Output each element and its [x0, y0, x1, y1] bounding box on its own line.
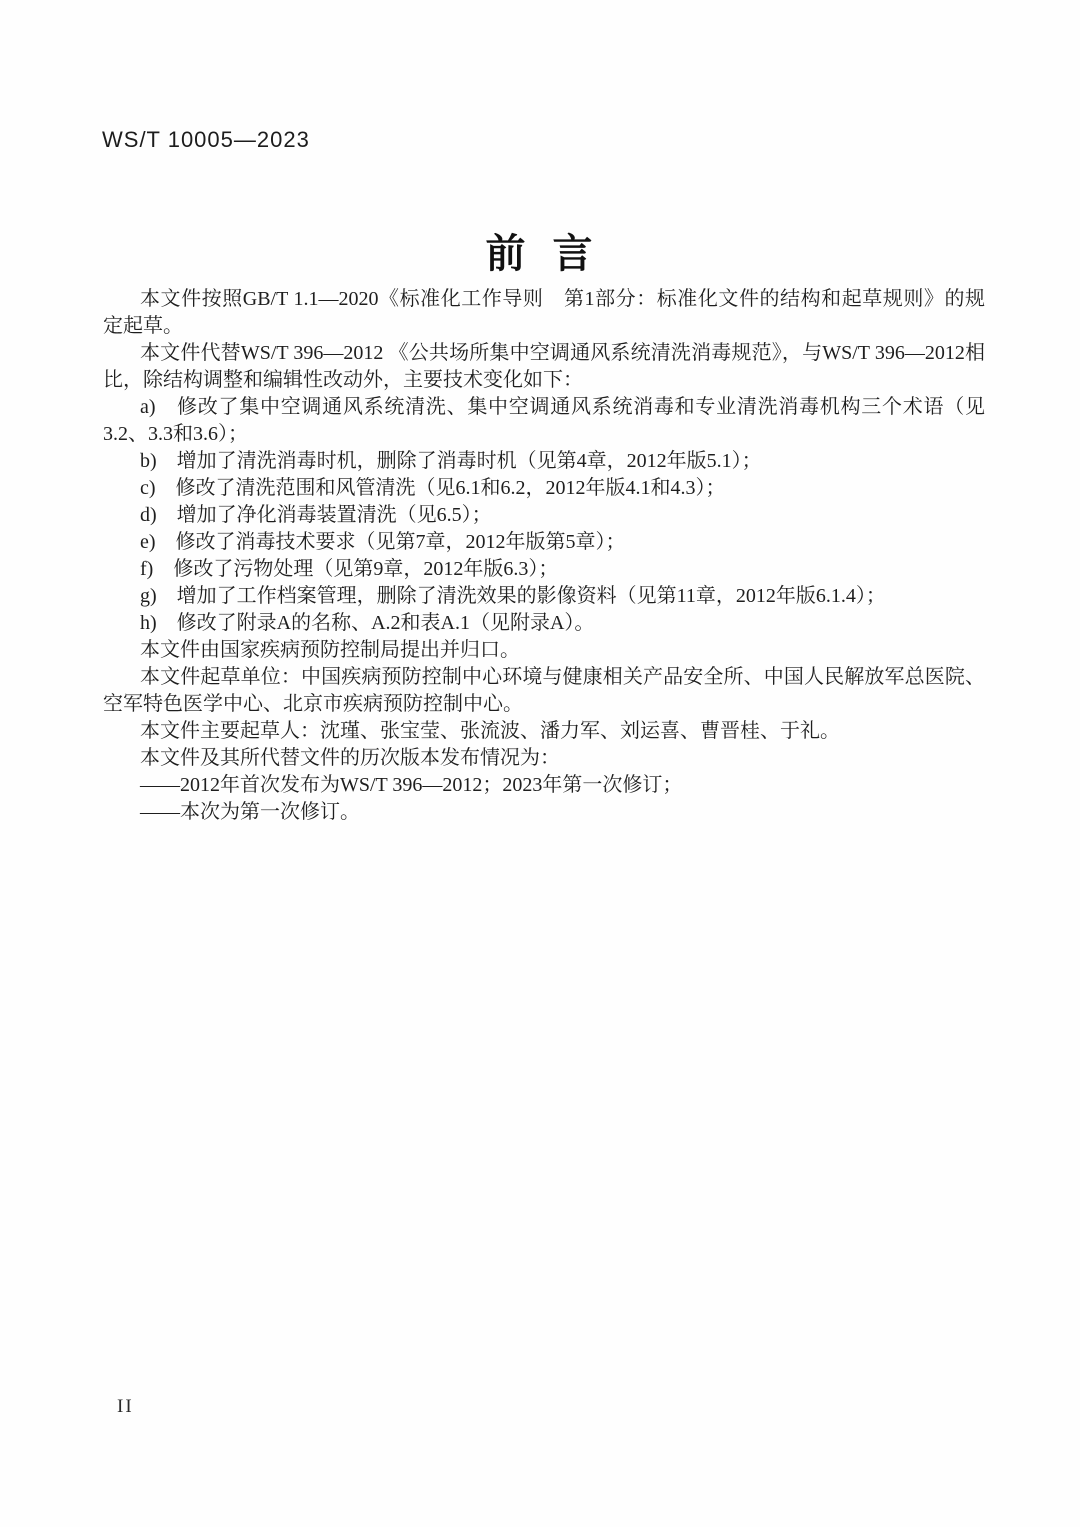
foreword-change-item-e: e) 修改了消毒技术要求（见第7章，2012年版第5章）； — [103, 529, 985, 556]
standard-code: WS/T 10005—2023 — [102, 127, 310, 153]
foreword-change-item-g: g) 增加了工作档案管理，删除了清洗效果的影像资料（见第11章，2012年版6.… — [103, 583, 985, 610]
foreword-change-item-f: f) 修改了污物处理（见第9章，2012年版6.3）； — [103, 556, 985, 583]
foreword-paragraph-drafters: 本文件主要起草人：沈瑾、张宝莹、张流波、潘力军、刘运喜、曹晋桂、于礼。 — [103, 718, 985, 745]
foreword-paragraph-issuer: 本文件由国家疾病预防控制局提出并归口。 — [103, 637, 985, 664]
foreword-history-item-1: ——2012年首次发布为WS/T 396—2012；2023年第一次修订； — [103, 772, 985, 799]
document-page: WS/T 10005—2023 前 言 本文件按照GB/T 1.1—2020《标… — [0, 0, 1080, 1527]
foreword-paragraph-intro: 本文件按照GB/T 1.1—2020《标准化工作导则 第1部分：标准化文件的结构… — [103, 286, 985, 340]
foreword-history-item-2: ——本次为第一次修订。 — [103, 799, 985, 826]
foreword-paragraph-replaces: 本文件代替WS/T 396—2012 《公共场所集中空调通风系统清洗消毒规范》，… — [103, 340, 985, 394]
page-number: II — [117, 1396, 134, 1418]
foreword-paragraph-history-intro: 本文件及其所代替文件的历次版本发布情况为： — [103, 745, 985, 772]
foreword-paragraph-drafters-org: 本文件起草单位：中国疾病预防控制中心环境与健康相关产品安全所、中国人民解放军总医… — [103, 664, 985, 718]
foreword-change-item-c: c) 修改了清洗范围和风管清洗（见6.1和6.2，2012年版4.1和4.3）； — [103, 475, 985, 502]
foreword-body: 本文件按照GB/T 1.1—2020《标准化工作导则 第1部分：标准化文件的结构… — [103, 286, 985, 826]
foreword-change-item-d: d) 增加了净化消毒装置清洗（见6.5）； — [103, 502, 985, 529]
foreword-change-item-b: b) 增加了清洗消毒时机，删除了消毒时机（见第4章，2012年版5.1）； — [103, 448, 985, 475]
foreword-change-item-h: h) 修改了附录A的名称、A.2和表A.1（见附录A）。 — [103, 610, 985, 637]
foreword-title: 前 言 — [0, 222, 1080, 279]
foreword-change-item-a: a) 修改了集中空调通风系统清洗、集中空调通风系统消毒和专业清洗消毒机构三个术语… — [103, 394, 985, 448]
